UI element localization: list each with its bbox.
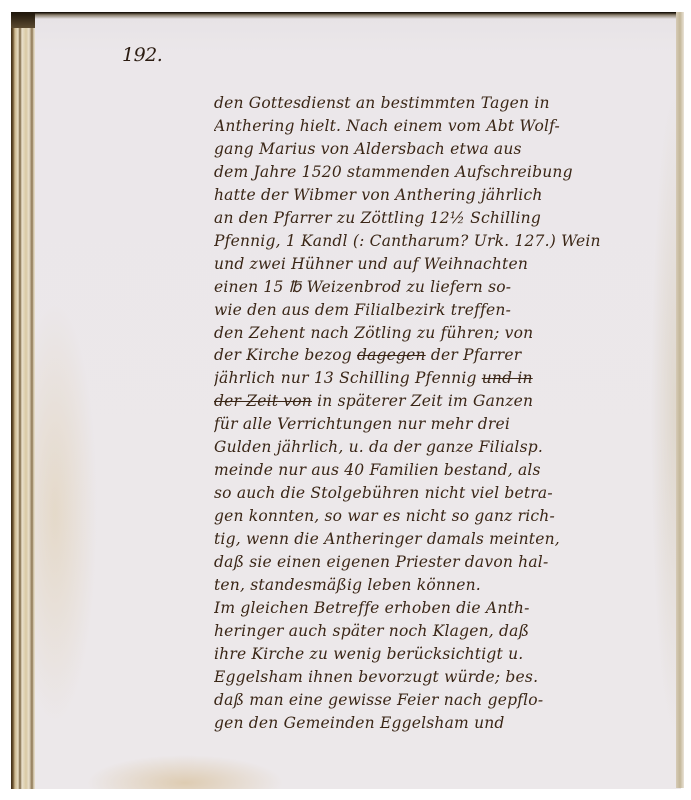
- line-text: der Pfarrer: [426, 346, 522, 364]
- line-text: ihre Kirche zu wenig berücksichtigt u.: [214, 645, 523, 663]
- line-text: gen den Gemeinden Eggelsham und: [214, 714, 505, 732]
- line-text: heringer auch später noch Klagen, daß: [214, 622, 529, 640]
- struck-through-text: dagegen: [357, 346, 426, 364]
- manuscript-line: wie den aus dem Filialbezirk treffen-: [214, 299, 674, 322]
- manuscript-line: heringer auch später noch Klagen, daß: [214, 620, 674, 643]
- line-text: in späterer Zeit im Ganzen: [312, 392, 533, 410]
- manuscript-line: jährlich nur 13 Schilling Pfennig und in: [214, 367, 674, 390]
- line-text: einen 15 ℔ Weizenbrod zu liefern so-: [214, 278, 511, 296]
- line-text: Eggelsham ihnen bevorzugt würde; bes.: [214, 668, 538, 686]
- line-text: daß man eine gewisse Feier nach gepflo-: [214, 691, 543, 709]
- manuscript-line: daß man eine gewisse Feier nach gepflo-: [214, 689, 674, 712]
- struck-through-text: der Zeit von: [214, 392, 312, 410]
- line-text: an den Pfarrer zu Zöttling 12½ Schilling: [214, 209, 541, 227]
- manuscript-line: ten, standesmäßig leben können.: [214, 574, 674, 597]
- line-text: gang Marius von Aldersbach etwa aus: [214, 140, 522, 158]
- manuscript-line: daß sie einen eigenen Priester davon hal…: [214, 551, 674, 574]
- page-number: 192.: [122, 44, 162, 66]
- manuscript-line: den Zehent nach Zötling zu führen; von: [214, 322, 674, 345]
- manuscript-line: dem Jahre 1520 stammenden Aufschreibung: [214, 161, 674, 184]
- manuscript-line: der Zeit von in späterer Zeit im Ganzen: [214, 390, 674, 413]
- manuscript-line: gen konnten, so war es nicht so ganz ric…: [214, 505, 674, 528]
- right-page-edge: [676, 12, 684, 788]
- line-text: wie den aus dem Filialbezirk treffen-: [214, 301, 511, 319]
- line-text: jährlich nur 13 Schilling Pfennig: [214, 369, 482, 387]
- line-text: den Zehent nach Zötling zu führen; von: [214, 324, 533, 342]
- line-text: tig, wenn die Antheringer damals meinten…: [214, 530, 560, 548]
- line-text: gen konnten, so war es nicht so ganz ric…: [214, 507, 555, 525]
- manuscript-line: Pfennig, 1 Kandl (: Cantharum? Urk. 127.…: [214, 230, 674, 253]
- manuscript-line: den Gottesdienst an bestimmten Tagen in: [214, 92, 674, 115]
- manuscript-line: gen den Gemeinden Eggelsham und: [214, 712, 674, 735]
- manuscript-line: ihre Kirche zu wenig berücksichtigt u.: [214, 643, 674, 666]
- manuscript-line: einen 15 ℔ Weizenbrod zu liefern so-: [214, 276, 674, 299]
- handwritten-text-block: den Gottesdienst an bestimmten Tagen inA…: [214, 92, 674, 735]
- manuscript-line: Gulden jährlich, u. da der ganze Filials…: [214, 436, 674, 459]
- manuscript-line: meinde nur aus 40 Familien bestand, als: [214, 459, 674, 482]
- line-text: ten, standesmäßig leben können.: [214, 576, 481, 594]
- line-text: Pfennig, 1 Kandl (: Cantharum? Urk. 127.…: [214, 232, 601, 250]
- line-text: Anthering hielt. Nach einem vom Abt Wolf…: [214, 117, 560, 135]
- manuscript-line: und zwei Hühner und auf Weihnachten: [214, 253, 674, 276]
- manuscript-line: der Kirche bezog dagegen der Pfarrer: [214, 344, 674, 367]
- line-text: der Kirche bezog: [214, 346, 357, 364]
- struck-through-text: und in: [482, 369, 533, 387]
- manuscript-line: gang Marius von Aldersbach etwa aus: [214, 138, 674, 161]
- manuscript-line: hatte der Wibmer von Anthering jährlich: [214, 184, 674, 207]
- manuscript-line: tig, wenn die Antheringer damals meinten…: [214, 528, 674, 551]
- line-text: für alle Verrichtungen nur mehr drei: [214, 415, 510, 433]
- manuscript-line: Im gleichen Betreffe erhoben die Anth-: [214, 597, 674, 620]
- line-text: so auch die Stolgebühren nicht viel betr…: [214, 484, 553, 502]
- manuscript-line: für alle Verrichtungen nur mehr drei: [214, 413, 674, 436]
- line-text: meinde nur aus 40 Familien bestand, als: [214, 461, 541, 479]
- manuscript-line: so auch die Stolgebühren nicht viel betr…: [214, 482, 674, 505]
- line-text: hatte der Wibmer von Anthering jährlich: [214, 186, 543, 204]
- line-text: und zwei Hühner und auf Weihnachten: [214, 255, 528, 273]
- line-text: daß sie einen eigenen Priester davon hal…: [214, 553, 548, 571]
- manuscript-line: Anthering hielt. Nach einem vom Abt Wolf…: [214, 115, 674, 138]
- line-text: Im gleichen Betreffe erhoben die Anth-: [214, 599, 530, 617]
- manuscript-line: Eggelsham ihnen bevorzugt würde; bes.: [214, 666, 674, 689]
- manuscript-line: an den Pfarrer zu Zöttling 12½ Schilling: [214, 207, 674, 230]
- line-text: dem Jahre 1520 stammenden Aufschreibung: [214, 163, 573, 181]
- scanned-manuscript: 192. den Gottesdienst an bestimmten Tage…: [0, 0, 691, 800]
- line-text: den Gottesdienst an bestimmten Tagen in: [214, 94, 550, 112]
- top-gutter-shadow: [11, 12, 35, 28]
- line-text: Gulden jährlich, u. da der ganze Filials…: [214, 438, 543, 456]
